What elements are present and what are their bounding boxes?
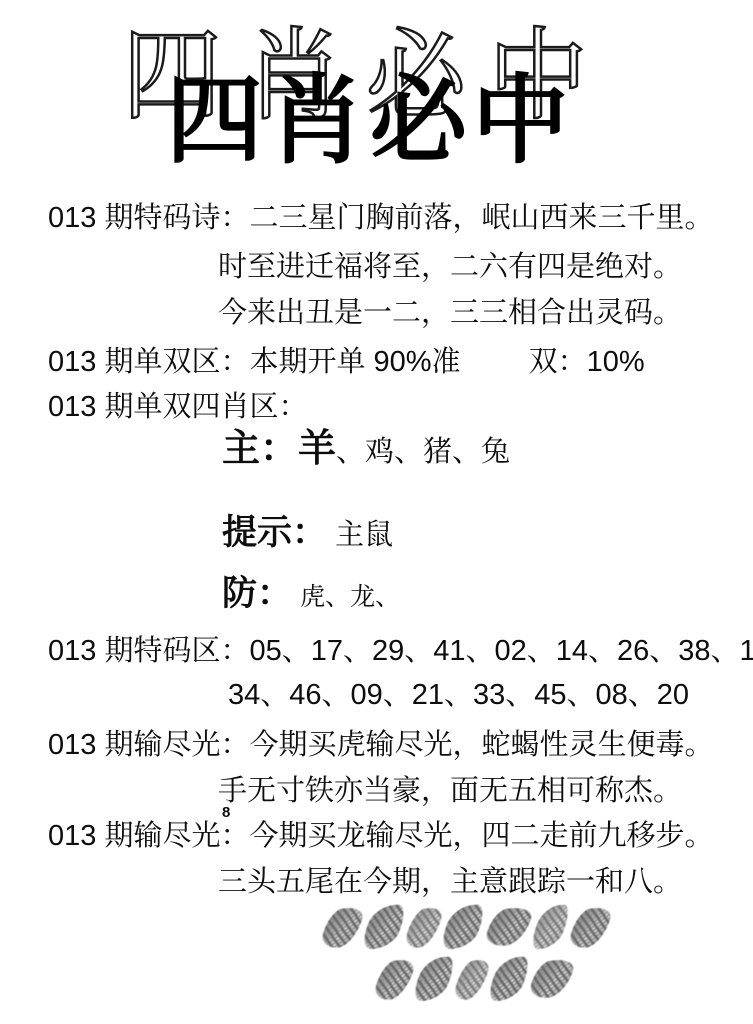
watermark-stamp-row2 bbox=[378, 960, 578, 1001]
tema-zone-numbers1: 05、17、29、41、02、14、26、38、10、22、 bbox=[249, 635, 753, 667]
shuang-value: 双：10% bbox=[529, 346, 645, 378]
tip-label: 提示： bbox=[222, 513, 327, 552]
stamp-blob bbox=[401, 907, 446, 949]
stamp-blob bbox=[438, 904, 490, 950]
stamp-blob bbox=[317, 907, 367, 949]
stamp-blob bbox=[409, 956, 458, 1002]
page-title: 四肖必中 bbox=[166, 72, 574, 169]
stamp-blob bbox=[485, 956, 534, 1002]
fang-line: 防： 虎、龙、 bbox=[222, 574, 400, 614]
shujinguang1-label: 013 期输尽光： bbox=[48, 729, 249, 761]
shujinguang2-label: 013 期输尽光： bbox=[48, 820, 249, 852]
dan-shuang-label: 013 期单双区： bbox=[48, 346, 249, 378]
shujinguang1-line2: 手无寸铁亦当豪，面无五相可称杰。 bbox=[218, 775, 682, 808]
stamp-blob bbox=[481, 907, 536, 948]
shujinguang1-text1: 今期买虎输尽光，蛇蝎性灵生便毒。 bbox=[249, 729, 713, 761]
stamp-blob bbox=[565, 907, 615, 949]
tip-sheet-page: 四肖必中 四肖必中 013 期特码诗：二三星门胸前落，岷山西来三千里。 时至进迁… bbox=[0, 0, 753, 1024]
tema-poem-text1: 二三星门胸前落，岷山西来三千里。 bbox=[249, 202, 713, 234]
shujinguang1-line1: 013 期输尽光：今期买虎输尽光，蛇蝎性灵生便毒。 bbox=[48, 729, 713, 762]
stamp-blob bbox=[450, 959, 493, 1001]
dan-shuang-line: 013 期单双区：本期开单 90%准双：10% bbox=[48, 346, 645, 379]
fang-label: 防： bbox=[222, 574, 292, 613]
shujinguang2-line1: 013 期输尽光：今期买龙输尽光，四二走前九移步。 bbox=[48, 820, 713, 853]
shujinguang2-line2: 三头五尾在今期，主意跟踪一和八。 bbox=[218, 866, 682, 899]
tema-poem-label: 013 期特码诗： bbox=[48, 202, 249, 234]
stamp-blob bbox=[358, 904, 410, 950]
tema-poem-line3: 今来出丑是一二，三三相合出灵码。 bbox=[218, 297, 682, 330]
tema-zone-line1: 013 期特码区：05、17、29、41、02、14、26、38、10、22、 bbox=[48, 635, 753, 668]
shujinguang2-text1: 今期买龙输尽光，四二走前九移步。 bbox=[249, 820, 713, 852]
tema-poem-line2: 时至进迁福将至，二六有四是绝对。 bbox=[218, 251, 682, 284]
tema-zone-line2: 34、46、09、21、33、45、08、20 bbox=[228, 679, 689, 712]
zhu-rest-zodiacs: 、鸡、猪、兔 bbox=[336, 436, 510, 468]
tema-poem-line1: 013 期特码诗：二三星门胸前落，岷山西来三千里。 bbox=[48, 202, 713, 235]
stamp-blob bbox=[370, 959, 418, 1001]
stamp-blob bbox=[527, 904, 573, 950]
dan-value: 本期开单 90%准 bbox=[249, 346, 460, 378]
fang-value: 虎、龙、 bbox=[300, 583, 400, 611]
tip-line: 提示： 主鼠 bbox=[222, 513, 393, 553]
superscript-8: 8 bbox=[222, 804, 230, 821]
tip-value: 主鼠 bbox=[335, 519, 393, 551]
tema-zone-label: 013 期特码区： bbox=[48, 635, 249, 667]
zhu-line: 主：羊、鸡、猪、兔 bbox=[222, 428, 510, 472]
zhu-main-zodiac: 羊 bbox=[298, 428, 336, 470]
watermark-stamp-row1 bbox=[325, 908, 615, 949]
stamp-blob bbox=[526, 959, 578, 999]
zhu-label: 主： bbox=[222, 428, 298, 470]
sixiao-zone-label: 013 期单双四肖区： bbox=[48, 391, 307, 424]
